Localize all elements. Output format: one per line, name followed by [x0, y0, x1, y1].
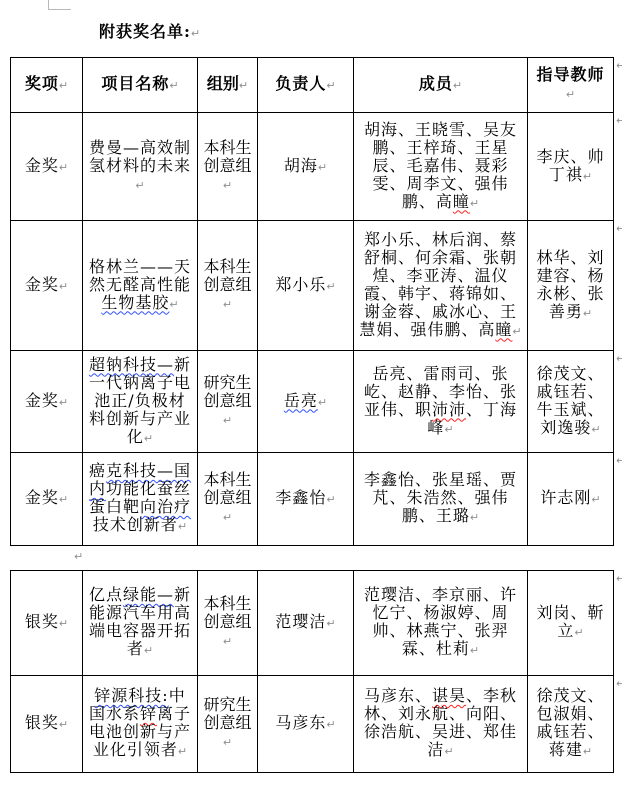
table-row: 金奖↵格林兰——天然无醛高性能生物基胶↵本科生创意组↵郑小乐↵郑小乐、林后润、蔡… [11, 221, 614, 351]
table-row: 金奖↵费曼—高效制氢材料的未来↵本科生创意组↵胡海↵胡海、王晓雪、吴友鹏、王梓琦… [11, 113, 614, 221]
cell-text: 金奖 [25, 488, 59, 507]
cell-text: 金奖 [25, 156, 59, 175]
table-row: 金奖↵超钠科技—新一代钠离子电池正/负极材料创新与产业化↵研究生创意组↵岳亮↵岳… [11, 351, 614, 453]
cell-end-mark: ↵ [223, 298, 232, 311]
spellcheck-red-squiggle-text: 谌昊 [432, 686, 466, 705]
group-cell: 本科生创意组↵ [198, 453, 258, 546]
award-cell: 银奖↵ [11, 676, 83, 773]
group-cell: 本科生创意组↵ [198, 113, 258, 221]
header-row: 奖项↵项目名称↵组别↵负责人↵成员↵指导教师↵ [11, 58, 614, 113]
header-group-cell: 组别↵ [198, 58, 258, 113]
group-cell: 本科生创意组↵ [198, 571, 258, 676]
cell-end-mark: ↵ [59, 493, 68, 506]
members-cell: 马彦东、谌昊、李秋林、刘永航、向阳、徐浩航、吴进、郑佳洁↵ [354, 676, 528, 773]
members-cell: 郑小乐、林后润、蔡舒桐、何余霜、张朝煌、李亚涛、温仪霞、韩宇、蒋锦如、谢金蓉、戚… [354, 221, 528, 351]
header-text: 指导教师 [536, 65, 604, 84]
advisors-cell: 徐茂文、包淑娟、戚钰若、蒋建↵ [528, 676, 614, 773]
cell-end-mark: ↵ [326, 617, 335, 630]
row-end-mark: ↵ [616, 222, 622, 235]
cell-text: 本科生创意组 [203, 470, 251, 507]
cell-text: 许志刚 [540, 488, 591, 507]
pilcrow-mark: ↵ [74, 550, 83, 563]
cell-end-mark: ↵ [583, 745, 592, 758]
cell-text: 郑小乐、林后润、蔡舒桐、何余霜、张朝煌、李亚涛、温仪霞、韩宇、蒋锦如、谢金蓉、戚… [359, 230, 517, 339]
awards-table-silver: 银奖↵亿点绿能—新能源汽车用高端电容器开拓者↵本科生创意组↵范璎洁↵范璎洁、李京… [10, 570, 614, 773]
cell-end-mark: ↵ [591, 423, 600, 436]
cell-end-mark: ↵ [470, 511, 479, 524]
row-end-mark: ↵ [616, 114, 622, 127]
awards-table-gold: 奖项↵项目名称↵组别↵负责人↵成员↵指导教师↵金奖↵费曼—高效制氢材料的未来↵本… [10, 57, 614, 546]
cell-text: 格林兰——天然无醛高性能 [89, 257, 191, 294]
group-cell: 本科生创意组↵ [198, 221, 258, 351]
cell-end-mark: ↵ [59, 718, 68, 731]
row-end-mark: ↵ [616, 59, 622, 72]
table-row: 金奖↵癌克科技—国内功能化蚕丝蛋白靶向治疗技术创新者↵本科生创意组↵李鑫怡↵李鑫… [11, 453, 614, 546]
cell-end-mark: ↵ [59, 79, 68, 92]
award-cell: 金奖↵ [11, 351, 83, 453]
cell-end-mark: ↵ [223, 511, 232, 524]
cell-end-mark: ↵ [178, 520, 187, 533]
spellcheck-blue-squiggle-text: 生物基胶 [101, 293, 169, 312]
cell-end-mark: ↵ [444, 423, 453, 436]
table-row: 银奖↵锌源科技:中国水系锌离子电池创新与产业化引领者↵研究生创意组↵马彦东↵马彦… [11, 676, 614, 773]
cell-end-mark: ↵ [470, 197, 479, 210]
header-text: 成员 [419, 74, 453, 93]
members-cell: 胡海、王晓雪、吴友鹏、王梓琦、王星辰、毛嘉伟、聂彩雯、周李文、强伟鹏、高瞳↵ [354, 113, 528, 221]
header-text: 负责人 [275, 74, 326, 93]
cell-end-mark: ↵ [169, 298, 178, 311]
cell-end-mark: ↵ [444, 745, 453, 758]
spellcheck-blue-squiggle-text: 向治疗 [140, 497, 191, 516]
cell-end-mark: ↵ [223, 635, 232, 648]
members-cell: 岳亮、雷雨司、张屹、赵静、李怡、张亚伟、职沛沛、丁海峰↵ [354, 351, 528, 453]
project-name-cell: 锌源科技:中国水系锌离子电池创新与产业化引领者↵ [83, 676, 198, 773]
cell-text: 马彦东、 [364, 686, 432, 705]
pilcrow-mark: ↵ [191, 27, 200, 40]
cell-end-mark: ↵ [326, 280, 335, 293]
spellcheck-blue-squiggle-text: 绿能— [123, 585, 174, 604]
cell-text: 范璎洁 [275, 612, 326, 631]
text-boundary-corner-mark [48, 0, 71, 10]
cell-end-mark: ↵ [512, 325, 521, 338]
award-cell: 银奖↵ [11, 571, 83, 676]
cell-text: 本科生创意组 [203, 594, 251, 631]
header-text: 奖项 [25, 74, 59, 93]
project-name-cell: 超钠科技—新一代钠离子电池正/负极材料创新与产业化↵ [83, 351, 198, 453]
cell-text: 胡海、王晓雪、吴友鹏、王梓琦、王星辰、毛嘉伟、聂彩雯、周李文、强伟鹏、高 [364, 120, 517, 211]
cell-text: 技术创新者 [93, 515, 178, 534]
spellcheck-blue-squiggle-text: 岳亮 [284, 391, 318, 410]
leader-cell: 马彦东↵ [258, 676, 354, 773]
cell-text: 银奖 [25, 713, 59, 732]
header-members-cell: 成员↵ [354, 58, 528, 113]
spellcheck-blue-squiggle-text: 超钠科技— [89, 355, 174, 374]
cell-text: 金奖 [25, 275, 59, 294]
cell-end-mark: ↵ [326, 493, 335, 506]
cell-end-mark: ↵ [326, 79, 335, 92]
cell-end-mark: ↵ [583, 170, 592, 183]
cell-end-mark: ↵ [59, 161, 68, 174]
cell-text: 李鑫怡、张星瑶、贾芃、朱浩然、强伟鹏、王璐 [364, 470, 517, 525]
leader-cell: 胡海↵ [258, 113, 354, 221]
group-cell: 研究生创意组↵ [198, 351, 258, 453]
cell-end-mark: ↵ [59, 280, 68, 293]
cell-text: 本科生创意组 [203, 138, 251, 175]
spellcheck-red-squiggle-text: 瞳 [453, 192, 470, 211]
cell-text: 金奖 [25, 391, 59, 410]
members-cell: 李鑫怡、张星瑶、贾芃、朱浩然、强伟鹏、王璐↵ [354, 453, 528, 546]
cell-end-mark: ↵ [318, 396, 327, 409]
cell-end-mark: ↵ [223, 414, 232, 427]
cell-end-mark: ↵ [326, 718, 335, 731]
cell-end-mark: ↵ [223, 179, 232, 192]
cell-end-mark: ↵ [59, 617, 68, 630]
cell-end-mark: ↵ [178, 745, 187, 758]
cell-text: 胡海 [284, 156, 318, 175]
spellcheck-red-squiggle-text: 沛沛 [432, 400, 466, 419]
header-text: 项目名称 [101, 74, 169, 93]
cell-text: 李庆、帅丁祺 [536, 147, 604, 184]
header-project-name-cell: 项目名称↵ [83, 58, 198, 113]
cell-text: 李鑫怡 [275, 488, 326, 507]
cell-text: 郑小乐 [275, 275, 326, 294]
advisors-cell: 李庆、帅丁祺↵ [528, 113, 614, 221]
leader-cell: 李鑫怡↵ [258, 453, 354, 546]
cell-end-mark: ↵ [239, 79, 248, 92]
award-cell: 金奖↵ [11, 221, 83, 351]
row-end-mark: ↵ [616, 677, 622, 690]
cell-end-mark: ↵ [566, 88, 575, 101]
spellcheck-red-squiggle-text: 锌 [140, 704, 157, 723]
cell-end-mark: ↵ [318, 161, 327, 174]
cell-text: 亿点 [89, 585, 123, 604]
cell-text: 研究生创意组 [203, 695, 251, 732]
project-name-cell: 费曼—高效制氢材料的未来↵ [83, 113, 198, 221]
group-cell: 研究生创意组↵ [198, 676, 258, 773]
cell-text: 马彦东 [275, 713, 326, 732]
header-advisors-cell: 指导教师↵ [528, 58, 614, 113]
cell-text: 银奖 [25, 612, 59, 631]
spellcheck-red-squiggle-text: 瞳 [495, 320, 512, 339]
cell-text: 林华、刘建容、杨永彬、张善勇 [536, 248, 604, 321]
advisors-cell: 徐茂文、戚钰若、牛玉斌、刘逸骏↵ [528, 351, 614, 453]
cell-end-mark: ↵ [470, 644, 479, 657]
cell-end-mark: ↵ [574, 626, 583, 639]
cell-end-mark: ↵ [453, 79, 462, 92]
cell-end-mark: ↵ [583, 307, 592, 320]
leader-cell: 郑小乐↵ [258, 221, 354, 351]
cell-text: 本科生创意组 [203, 257, 251, 294]
cell-end-mark: ↵ [144, 432, 153, 445]
leader-cell: 范璎洁↵ [258, 571, 354, 676]
cell-text: 徐茂文、包淑娟、戚钰若、蒋建 [536, 686, 604, 759]
leader-cell: 岳亮↵ [258, 351, 354, 453]
award-cell: 金奖↵ [11, 113, 83, 221]
header-leader-cell: 负责人↵ [258, 58, 354, 113]
cell-end-mark: ↵ [59, 396, 68, 409]
cell-text: 刘岗、靳立 [536, 603, 604, 640]
cell-end-mark: ↵ [135, 179, 144, 192]
project-name-cell: 癌克科技—国内功能化蚕丝蛋白靶向治疗技术创新者↵ [83, 453, 198, 546]
advisors-cell: 林华、刘建容、杨永彬、张善勇↵ [528, 221, 614, 351]
cell-text: 范璎洁、李京丽、许忆宁、杨淑婷、周帅、林燕宁、张羿霖、杜莉 [364, 585, 517, 658]
cell-end-mark: ↵ [591, 493, 600, 506]
members-cell: 范璎洁、李京丽、许忆宁、杨淑婷、周帅、林燕宁、张羿霖、杜莉↵ [354, 571, 528, 676]
cell-end-mark: ↵ [169, 79, 178, 92]
advisors-cell: 许志刚↵ [528, 453, 614, 546]
page-title: 附获奖名单:↵ [99, 19, 200, 42]
header-award-cell: 奖项↵ [11, 58, 83, 113]
row-end-mark: ↵ [616, 572, 622, 585]
spellcheck-blue-squiggle-text: 锌源科技: [94, 686, 168, 705]
document-page: 附获奖名单:↵ 奖项↵项目名称↵组别↵负责人↵成员↵指导教师↵金奖↵费曼—高效制… [0, 0, 622, 788]
header-text: 组别 [207, 74, 239, 93]
cell-text: 癌 [89, 461, 106, 480]
award-table: 银奖↵亿点绿能—新能源汽车用高端电容器开拓者↵本科生创意组↵范璎洁↵范璎洁、李京… [10, 570, 614, 773]
advisors-cell: 刘岗、靳立↵ [528, 571, 614, 676]
award-cell: 金奖↵ [11, 453, 83, 546]
award-table: 奖项↵项目名称↵组别↵负责人↵成员↵指导教师↵金奖↵费曼—高效制氢材料的未来↵本… [10, 57, 614, 546]
cell-end-mark: ↵ [144, 644, 153, 657]
title-text: 附获奖名单: [99, 22, 191, 41]
cell-text: 费曼—高效制氢材料的未来 [89, 138, 191, 175]
table-row: 银奖↵亿点绿能—新能源汽车用高端电容器开拓者↵本科生创意组↵范璎洁↵范璎洁、李京… [11, 571, 614, 676]
cell-text: 研究生创意组 [203, 373, 251, 410]
row-end-mark: ↵ [616, 352, 622, 365]
row-end-mark: ↵ [616, 454, 622, 467]
cell-end-mark: ↵ [223, 736, 232, 749]
project-name-cell: 格林兰——天然无醛高性能生物基胶↵ [83, 221, 198, 351]
project-name-cell: 亿点绿能—新能源汽车用高端电容器开拓者↵ [83, 571, 198, 676]
